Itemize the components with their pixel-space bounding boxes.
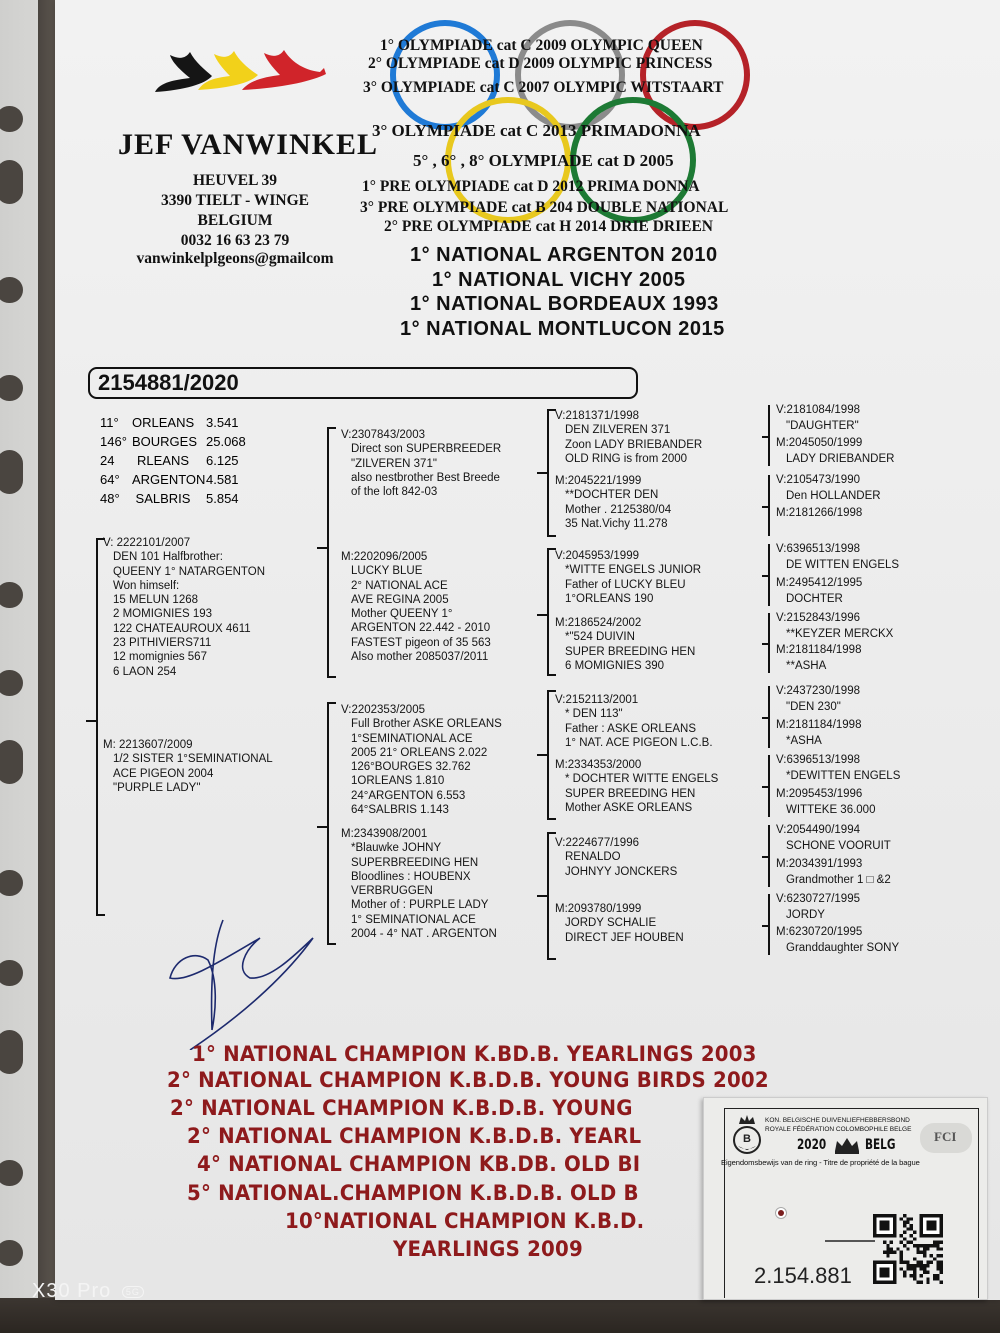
ring-id: V:2105473/1990 (776, 473, 881, 489)
championship-line: 4° NATIONAL CHAMPION KB.DB. OLD BI (197, 1152, 640, 1177)
sire-entry: V: 2222101/2007DEN 101 Halfbrother:QUEEN… (103, 536, 265, 679)
pedigree-connector (317, 547, 327, 549)
address-country: BELGIUM (110, 212, 360, 230)
championship-line: 10°NATIONAL CHAMPION K.B.D. (285, 1209, 644, 1234)
pedigree-bracket (768, 475, 770, 536)
pedigree-note: DEN ZILVEREN 371 (555, 423, 702, 437)
pedigree-connector (86, 720, 96, 722)
pedigree-bracket (768, 613, 770, 673)
breeder-name: JEF VANWINKEL (118, 128, 378, 162)
great-great-grandparent-entry: M:6230720/1995Granddaughter SONY (776, 925, 899, 956)
pedigree-note: Granddaughter SONY (776, 941, 899, 957)
great-great-grandparent-entry: V:2054490/1994SCHONE VOORUIT (776, 823, 891, 854)
pedigree-note: Mother of : PURPLE LADY (341, 898, 497, 912)
pedigree-note: LADY DRIEBANDER (776, 452, 894, 468)
olympiade-result: 3° PRE OLYMPIADE cat B 204 DOUBLE NATION… (360, 199, 728, 217)
national-win: 1° NATIONAL VICHY 2005 (432, 269, 686, 292)
result-birds: 5.854 (206, 491, 239, 506)
ring-id: V:2181371/1998 (555, 409, 702, 423)
pedigree-note: OLD RING is from 2000 (555, 452, 702, 466)
result-place: 48° (100, 491, 120, 506)
pedigree-note: 6 LAON 254 (103, 665, 265, 679)
signature (150, 900, 350, 1050)
address-city: 3390 TIELT - WINGE (110, 192, 360, 210)
ring-year: 2020 (797, 1137, 826, 1153)
photo-scene: JEF VANWINKEL HEUVEL 39 3390 TIELT - WIN… (0, 0, 1000, 1333)
pedigree-bracket (547, 548, 549, 676)
ring-id: M:2202096/2005 (341, 550, 491, 564)
pedigree-note: SUPER BREEDING HEN (555, 787, 718, 801)
pedigree-connector (317, 826, 327, 828)
pedigree-bracket (768, 755, 770, 817)
ring-id: V:6230727/1995 (776, 892, 860, 908)
pedigree-note: 126°BOURGES 32.762 (341, 760, 502, 774)
championship-line: 2° NATIONAL CHAMPION K.B.D.B. YEARL (187, 1124, 641, 1149)
pedigree-connector (762, 925, 768, 927)
pedigree-note: 1ORLEANS 1.810 (341, 774, 502, 788)
pedigree-note: SUPER BREEDING HEN (555, 645, 695, 659)
pedigree-note: RENALDO (555, 850, 677, 864)
pedigree-bracket (327, 427, 329, 678)
pedigree-note: WITTEKE 36.000 (776, 803, 875, 819)
result-race: SALBRIS (132, 491, 194, 506)
ring-country: BELG (865, 1137, 895, 1153)
olympiade-result: 1° PRE OLYMPIADE cat D 2012 PRIMA DONNA (362, 178, 700, 196)
great-grandparent-entry: V:2181371/1998DEN ZILVEREN 371Zoon LADY … (555, 409, 702, 466)
great-grandparent-entry: M:2334353/2000* DOCHTER WITTE ENGELSSUPE… (555, 758, 718, 815)
pedigree-note: JOHNYY JONCKERS (555, 865, 677, 879)
ring-number: 2154881/2020 (98, 370, 239, 396)
great-great-grandparent-entry: V:6396513/1998DE WITTEN ENGELS (776, 542, 899, 573)
address-street: HEUVEL 39 (110, 172, 360, 190)
pedigree-note: Mother ASKE ORLEANS (555, 801, 718, 815)
phone-number: 0032 16 63 23 79 (110, 232, 360, 250)
pedigree-note: Bloodlines : HOUBENX (341, 870, 497, 884)
pedigree-connector (537, 614, 547, 616)
olympiade-result: 3° OLYMPIADE cat C 2013 PRIMADONNA (372, 121, 701, 141)
ring-id: V:6396513/1998 (776, 753, 900, 769)
championship-line: YEARLINGS 2009 (393, 1237, 583, 1262)
pedigree-note: Grandmother 1 □ &2 (776, 873, 891, 889)
pedigree-connector (762, 786, 768, 788)
pedigree-note: "ZILVEREN 371" (341, 457, 501, 471)
result-race: ARGENTON (132, 472, 194, 487)
great-great-grandparent-entry: V:2181084/1998"DAUGHTER" (776, 403, 860, 434)
pedigree-note: Father : ASKE ORLEANS (555, 722, 713, 736)
pedigree-note: 2° NATIONAL ACE (341, 579, 491, 593)
ring-id: M:2181184/1998 (776, 718, 861, 734)
pedigree-note: 24°ARGENTON 6.553 (341, 789, 502, 803)
pedigree-note: 64°SALBRIS 1.143 (341, 803, 502, 817)
pedigree-note: 6 MOMIGNIES 390 (555, 659, 695, 673)
great-great-grandparent-entry: M:2095453/1996WITTEKE 36.000 (776, 787, 875, 818)
championship-line: 1° NATIONAL CHAMPION K.BD.B. YEARLINGS 2… (192, 1042, 757, 1067)
great-great-grandparent-entry: V:6396513/1998*DEWITTEN ENGELS (776, 753, 900, 784)
championship-line: 2° NATIONAL CHAMPION K.B.D.B. YOUNG (170, 1096, 633, 1121)
ring-id: V:2054490/1994 (776, 823, 891, 839)
pedigree-note: AVE REGINA 2005 (341, 593, 491, 607)
great-great-grandparent-entry: M:2045050/1999LADY DRIEBANDER (776, 436, 894, 467)
pedigree-note: Also mother 2085037/2011 (341, 650, 491, 664)
ring-card-subtitle: Eigendomsbewijs van de ring - Titre de p… (721, 1158, 920, 1167)
pedigree-bracket (768, 686, 770, 748)
pedigree-note: 35 Nat.Vichy 11.278 (555, 517, 671, 531)
result-birds: 6.125 (206, 453, 239, 468)
pedigree-note: * DEN 113" (555, 707, 713, 721)
pedigree-note: 2005 21° ORLEANS 2.022 (341, 746, 502, 760)
pedigree-note: DEN 101 Halfbrother: (103, 550, 265, 564)
ring-id: M:2186524/2002 (555, 616, 695, 630)
olympiade-result: 3° OLYMPIADE cat C 2007 OLYMPIC WITSTAAR… (363, 79, 723, 97)
ring-ownership-card: B KON. BELGISCHE DUIVENLIEFHEBBERSBOND R… (703, 1097, 988, 1300)
ring-card-number: 2.154.881 (754, 1263, 852, 1289)
pedigree-note: **DOCHTER DEN (555, 488, 671, 502)
pedigree-note: of the loft 842-03 (341, 485, 501, 499)
result-birds: 25.068 (206, 434, 246, 449)
pedigree-connector (537, 754, 547, 756)
pedigree-note: *ASHA (776, 734, 861, 750)
pedigree-note: **KEYZER MERCKX (776, 627, 893, 643)
pedigree-note: "DAUGHTER" (776, 419, 860, 435)
pedigree-note: "DEN 230" (776, 700, 860, 716)
result-place: 11° (100, 415, 119, 430)
pedigree-note: also nestbrother Best Breede (341, 471, 501, 485)
ring-id: M:2034391/1993 (776, 857, 891, 873)
camera-watermark: X30 Pro 5G (32, 1280, 144, 1303)
pedigree-note: 1°ORLEANS 190 (555, 592, 701, 606)
great-great-grandparent-entry: M:2495412/1995DOCHTER (776, 576, 862, 607)
dam-entry: M: 2213607/20091/2 SISTER 1°SEMINATIONAL… (103, 738, 273, 795)
ring-id: V: 2222101/2007 (103, 536, 265, 550)
pedigree-note: 12 momignies 567 (103, 650, 265, 664)
ring-id: M:6230720/1995 (776, 925, 899, 941)
ring-id: M:2045221/1999 (555, 474, 671, 488)
great-great-grandparent-entry: V:2105473/1990Den HOLLANDER (776, 473, 881, 504)
result-place: 24 (100, 453, 114, 468)
belgian-pigeons-logo-icon (150, 50, 330, 95)
pedigree-note: SCHONE VOORUIT (776, 839, 891, 855)
pedigree-connector (762, 575, 768, 577)
result-race: ORLEANS (132, 415, 194, 430)
ring-id: M:2343908/2001 (341, 827, 497, 841)
pedigree-note: 2 MOMIGNIES 193 (103, 607, 265, 621)
pedigree-note: 15 MELUN 1268 (103, 593, 265, 607)
great-grandparent-entry: V:2224677/1996RENALDOJOHNYY JONCKERS (555, 836, 677, 879)
pedigree-bracket (768, 894, 770, 955)
pedigree-note: 1° NAT. ACE PIGEON L.C.B. (555, 736, 713, 750)
kbdb-emblem-icon: B (731, 1114, 763, 1156)
pedigree-connector (762, 717, 768, 719)
pedigree-note: Den HOLLANDER (776, 489, 881, 505)
camera-model: X30 Pro (32, 1280, 111, 1302)
pedigree-connector (762, 506, 768, 508)
pedigree-note: Mother QUEENY 1° (341, 607, 491, 621)
ring-id: V:2181084/1998 (776, 403, 860, 419)
pedigree-note: 1° SEMINATIONAL ACE (341, 913, 497, 927)
pedigree-note: LUCKY BLUE (341, 564, 491, 578)
great-great-grandparent-entry: V:6230727/1995JORDY (776, 892, 860, 923)
great-great-grandparent-entry: M:2181184/1998**ASHA (776, 643, 861, 674)
great-great-grandparent-entry: M:2181266/1998 (776, 506, 862, 522)
great-grandparent-entry: V:2152113/2001* DEN 113"Father : ASKE OR… (555, 693, 713, 750)
great-great-grandparent-entry: M:2181184/1998*ASHA (776, 718, 861, 749)
national-win: 1° NATIONAL BORDEAUX 1993 (410, 293, 719, 316)
great-grandparent-entry: M:2186524/2002*"524 DUIVINSUPER BREEDING… (555, 616, 695, 673)
ring-id: M:2093780/1999 (555, 902, 684, 916)
crown-icon (833, 1137, 861, 1154)
pedigree-note: DOCHTER (776, 592, 862, 608)
great-great-grandparent-entry: V:2437230/1998"DEN 230" (776, 684, 860, 715)
pedigree-note: *WITTE ENGELS JUNIOR (555, 563, 701, 577)
org-name-fr: ROYALE FÉDÉRATION COLOMBOPHILE BELGE (765, 1126, 911, 1133)
pedigree-connector (537, 895, 547, 897)
pedigree-bracket (768, 825, 770, 887)
wooden-table (0, 1298, 1000, 1333)
championship-line: 2° NATIONAL CHAMPION K.B.D.B. YOUNG BIRD… (167, 1068, 769, 1093)
ring-id: M:2045050/1999 (776, 436, 894, 452)
grandparent-entry: V:2307843/2003Direct son SUPERBREEDER"ZI… (341, 428, 501, 499)
pedigree-note: JORDY (776, 908, 860, 924)
ring-id: V:2152113/2001 (555, 693, 713, 707)
olympiade-result: 2° OLYMPIADE cat D 2009 OLYMPIC PRINCESS (368, 55, 712, 73)
ring-id: V:2437230/1998 (776, 684, 860, 700)
ring-id: V:2045953/1999 (555, 549, 701, 563)
org-name-nl: KON. BELGISCHE DUIVENLIEFHEBBERSBOND (765, 1117, 910, 1124)
pedigree-note: Father of LUCKY BLEU (555, 578, 701, 592)
pedigree-note: QUEENY 1° NATARGENTON (103, 565, 265, 579)
ring-id: V:2152843/1996 (776, 611, 893, 627)
pedigree-note: "PURPLE LADY" (103, 781, 273, 795)
olympiade-result: 1° OLYMPIADE cat C 2009 OLYMPIC QUEEN (380, 37, 703, 55)
result-birds: 4.581 (206, 472, 239, 487)
punch-hole-icon (775, 1207, 787, 1219)
pedigree-bracket (547, 690, 549, 820)
pedigree-bracket (768, 405, 770, 466)
pedigree-connector (762, 856, 768, 858)
pedigree-bracket (768, 544, 770, 606)
result-race: RLEANS (132, 453, 194, 468)
pedigree-note: *DEWITTEN ENGELS (776, 769, 900, 785)
pedigree-note: **ASHA (776, 659, 861, 675)
ring-id: M:2181266/1998 (776, 506, 862, 522)
fci-logo-icon: FCI (920, 1123, 972, 1153)
pedigree-note: JORDY SCHALIE (555, 916, 684, 930)
olympiade-result: 5° , 6° , 8° OLYMPIADE cat D 2005 (413, 151, 674, 171)
pedigree-note: DIRECT JEF HOUBEN (555, 931, 684, 945)
ring-id: V:6396513/1998 (776, 542, 899, 558)
pedigree-note: ARGENTON 22.442 - 2010 (341, 621, 491, 635)
pedigree-note: DE WITTEN ENGELS (776, 558, 899, 574)
pedigree-note: Mother . 2125380/04 (555, 503, 671, 517)
ring-id: M:2495412/1995 (776, 576, 862, 592)
pedigree-bracket (547, 409, 549, 537)
great-grandparent-entry: M:2093780/1999JORDY SCHALIEDIRECT JEF HO… (555, 902, 684, 945)
ring-id: V:2202353/2005 (341, 703, 502, 717)
pedigree-note: *"524 DUIVIN (555, 630, 695, 644)
national-win: 1° NATIONAL ARGENTON 2010 (410, 244, 718, 267)
result-place: 64° (100, 472, 120, 487)
qr-code-icon (873, 1213, 943, 1285)
grandparent-entry: M:2202096/2005LUCKY BLUE2° NATIONAL ACEA… (341, 550, 491, 664)
ring-id: M: 2213607/2009 (103, 738, 273, 752)
ring-id: M:2095453/1996 (776, 787, 875, 803)
pedigree-note: Direct son SUPERBREEDER (341, 442, 501, 456)
great-great-grandparent-entry: M:2034391/1993Grandmother 1 □ &2 (776, 857, 891, 888)
pedigree-bracket (96, 538, 98, 916)
5g-badge: 5G (122, 1286, 144, 1298)
pedigree-note: SUPERBREEDING HEN (341, 856, 497, 870)
pedigree-note: FASTEST pigeon of 35 563 (341, 636, 491, 650)
pedigree-note: 23 PITHIVIERS711 (103, 636, 265, 650)
pedigree-note: 1/2 SISTER 1°SEMINATIONAL (103, 752, 273, 766)
ring-slit (825, 1240, 875, 1242)
pedigree-note: VERBRUGGEN (341, 884, 497, 898)
pedigree-note: ACE PIGEON 2004 (103, 767, 273, 781)
pedigree-note: * DOCHTER WITTE ENGELS (555, 772, 718, 786)
pedigree-note: 2004 - 4° NAT . ARGENTON (341, 927, 497, 941)
result-birds: 3.541 (206, 415, 239, 430)
pedigree-connector (537, 472, 547, 474)
great-grandparent-entry: M:2045221/1999**DOCHTER DENMother . 2125… (555, 474, 671, 531)
pedigree-note: *Blauwke JOHNY (341, 841, 497, 855)
pedigree-connector (762, 436, 768, 438)
national-win: 1° NATIONAL MONTLUCON 2015 (400, 318, 725, 341)
email-address: vanwinkelplgeons@gmailcom (100, 250, 370, 268)
championship-line: 5° NATIONAL.CHAMPION K.B.D.B. OLD B (187, 1181, 639, 1206)
great-grandparent-entry: V:2045953/1999*WITTE ENGELS JUNIORFather… (555, 549, 701, 606)
olympiade-result: 2° PRE OLYMPIADE cat H 2014 DRIE DRIEEN (384, 218, 713, 236)
great-great-grandparent-entry: V:2152843/1996**KEYZER MERCKX (776, 611, 893, 642)
pedigree-note: Won himself: (103, 579, 265, 593)
ring-id: V:2307843/2003 (341, 428, 501, 442)
ring-id: V:2224677/1996 (555, 836, 677, 850)
grandparent-entry: V:2202353/2005Full Brother ASKE ORLEANS1… (341, 703, 502, 817)
pedigree-note: 1°SEMINATIONAL ACE (341, 732, 502, 746)
pedigree-note: 122 CHATEAUROUX 4611 (103, 622, 265, 636)
pedigree-note: Zoon LADY BRIEBANDER (555, 438, 702, 452)
pedigree-bracket (547, 832, 549, 960)
result-race: BOURGES (132, 434, 194, 449)
grandparent-entry: M:2343908/2001*Blauwke JOHNYSUPERBREEDIN… (341, 827, 497, 941)
ring-id: M:2181184/1998 (776, 643, 861, 659)
pedigree-note: Full Brother ASKE ORLEANS (341, 717, 502, 731)
svg-text:B: B (743, 1133, 751, 1145)
binder-holes (0, 0, 30, 1333)
ring-id: M:2334353/2000 (555, 758, 718, 772)
result-place: 146° (100, 434, 127, 449)
pedigree-connector (762, 643, 768, 645)
